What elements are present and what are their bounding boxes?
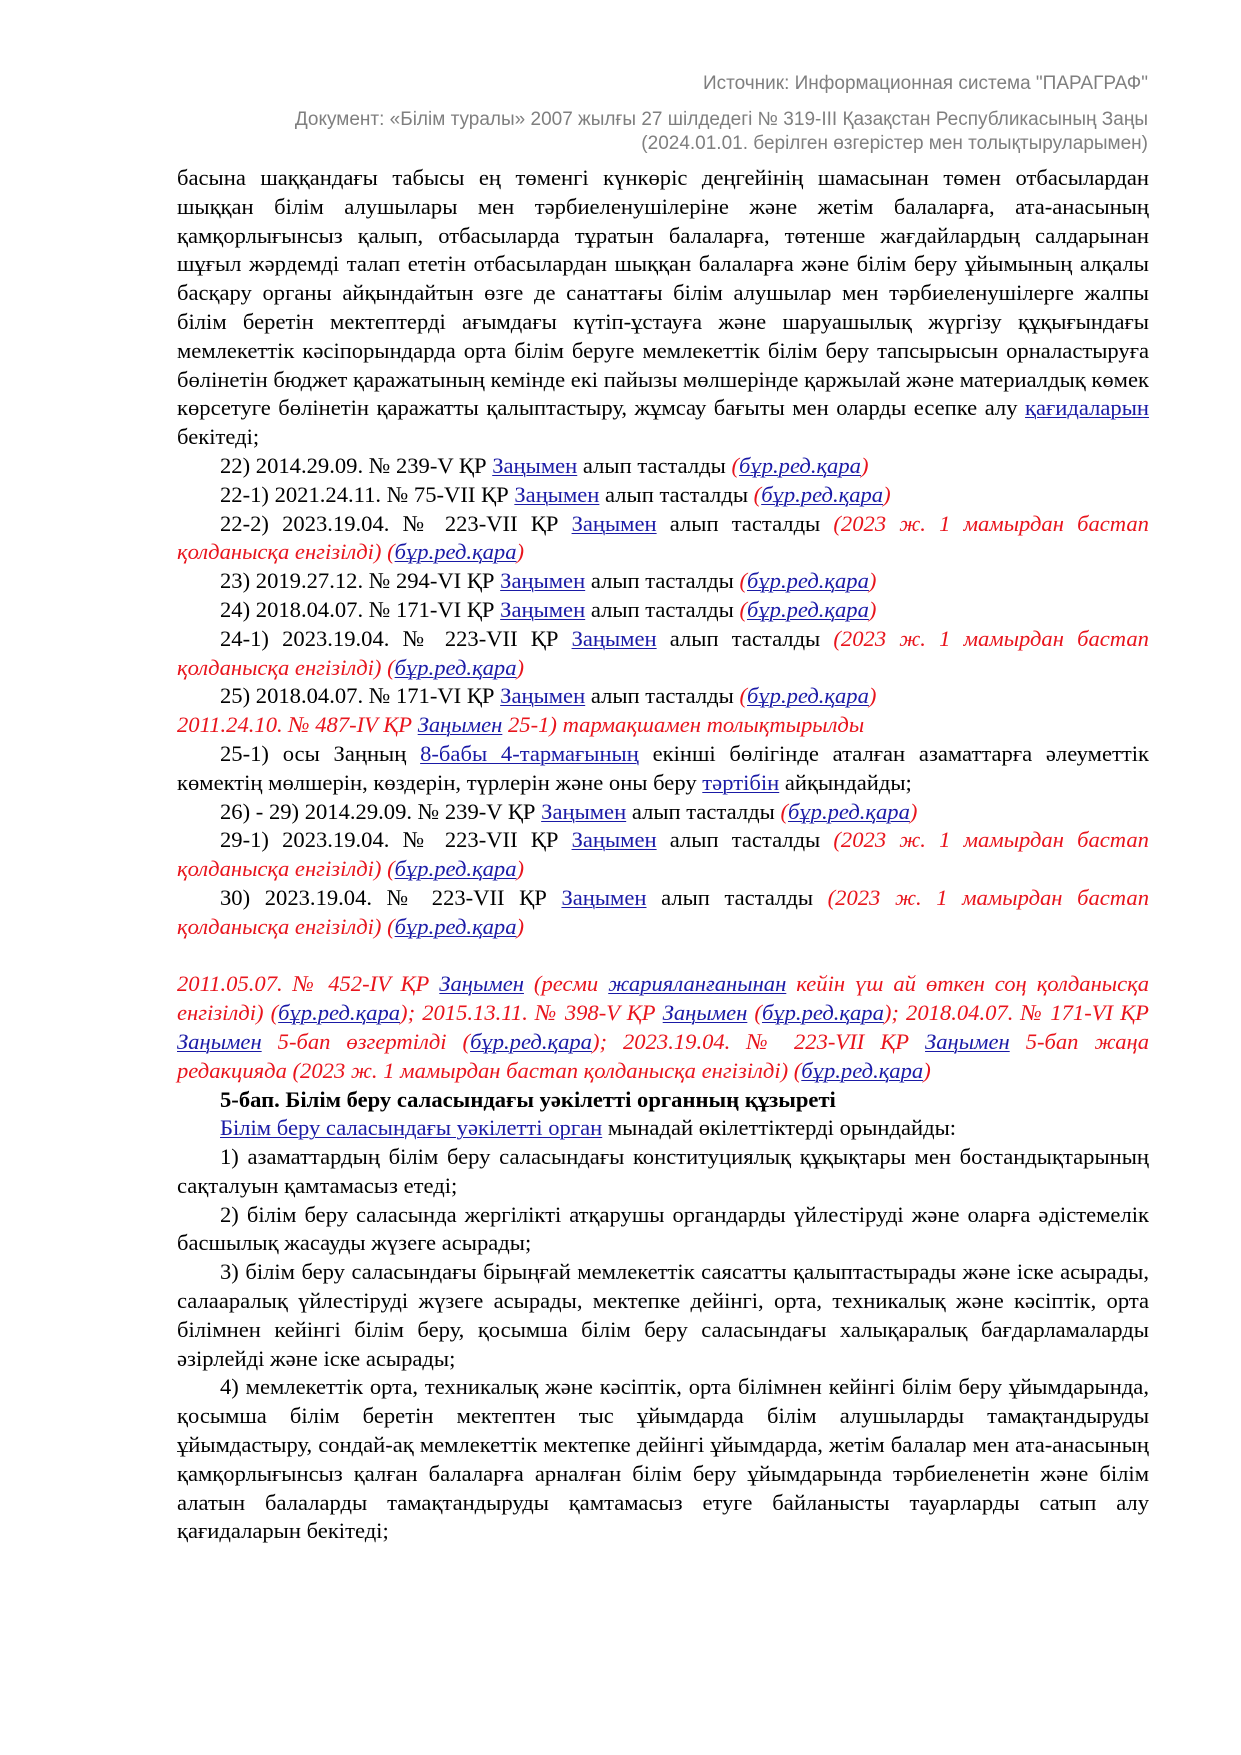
prev-edition-link[interactable]: бұр.ред.қара: [788, 799, 910, 824]
prev-edition-link[interactable]: бұр.ред.қара: [395, 914, 517, 939]
spacer: [177, 942, 1149, 971]
repealed-item: 22-1) 2021.24.11. № 75-VII ҚР Заңымен ал…: [177, 481, 1149, 510]
continuation-paragraph: басына шаққандағы табысы ең төменгі күнк…: [177, 164, 1149, 452]
rules-link[interactable]: қағидаларын: [1025, 395, 1149, 420]
law-link[interactable]: Заңымен: [514, 482, 599, 507]
prev-edition-link[interactable]: бұр.ред.қара: [278, 1000, 400, 1025]
prev-edition-note: (бұр.ред.қара): [387, 539, 524, 564]
prev-edition-note: (бұр.ред.қара): [387, 655, 524, 680]
repealed-item: 22-2) 2023.19.04. № 223-VII ҚР Заңымен а…: [177, 510, 1149, 568]
document-title-line: Документ: «Білім туралы» 2007 жылғы 27 ш…: [295, 108, 1148, 132]
law-link[interactable]: Заңымен: [572, 827, 657, 852]
prev-edition-link[interactable]: бұр.ред.қара: [761, 482, 883, 507]
law-link[interactable]: Заңымен: [500, 568, 585, 593]
repealed-item: 26) - 29) 2014.29.09. № 239-V ҚР Заңымен…: [177, 798, 1149, 827]
prev-edition-note: (бұр.ред.қара): [739, 597, 876, 622]
law-link[interactable]: Заңымен: [925, 1029, 1010, 1054]
page-header: Источник: Информационная система "ПАРАГР…: [295, 72, 1148, 156]
repealed-item: 30) 2023.19.04. № 223-VII ҚР Заңымен алы…: [177, 884, 1149, 942]
law-link[interactable]: Заңымен: [177, 1029, 262, 1054]
article5-amendment-notes: 2011.05.07. № 452-IV ҚР Заңымен (ресми ж…: [177, 970, 1149, 1085]
prev-edition-note: (бұр.ред.қара): [732, 453, 869, 478]
prev-edition-link[interactable]: бұр.ред.қара: [470, 1029, 592, 1054]
prev-edition-note: (бұр.ред.қара): [739, 568, 876, 593]
law-link[interactable]: Заңымен: [439, 971, 524, 996]
article5-title: 5-бап. Білім беру саласындағы уәкілетті …: [177, 1086, 1149, 1115]
prev-edition-link[interactable]: бұр.ред.қара: [762, 1000, 884, 1025]
repealed-item: 22) 2014.29.09. № 239-V ҚР Заңымен алып …: [177, 452, 1149, 481]
prev-edition-link[interactable]: бұр.ред.қара: [395, 856, 517, 881]
article5-intro: Білім беру саласындағы уәкілетті орган м…: [177, 1114, 1149, 1143]
procedure-link[interactable]: тәртібін: [702, 770, 779, 795]
document-page: Источник: Информационная система "ПАРАГР…: [0, 0, 1241, 1755]
repealed-item: 25) 2018.04.07. № 171-VI ҚР Заңымен алып…: [177, 682, 1149, 711]
prev-edition-note: (бұр.ред.қара): [780, 799, 917, 824]
law-link[interactable]: Заңымен: [561, 885, 646, 910]
repealed-item: 23) 2019.27.12. № 294-VI ҚР Заңымен алып…: [177, 567, 1149, 596]
source-line: Источник: Информационная система "ПАРАГР…: [295, 72, 1148, 96]
prev-edition-note: (бұр.ред.қара): [387, 856, 524, 881]
repealed-item: 24) 2018.04.07. № 171-VI ҚР Заңымен алып…: [177, 596, 1149, 625]
prev-edition-link[interactable]: бұр.ред.қара: [747, 597, 869, 622]
prev-edition-link[interactable]: бұр.ред.қара: [747, 568, 869, 593]
prev-edition-link[interactable]: бұр.ред.қара: [395, 655, 517, 680]
article5-point-4: 4) мемлекеттік орта, техникалық және кәс…: [177, 1373, 1149, 1546]
law-link[interactable]: Заңымен: [541, 799, 626, 824]
authorized-body-link[interactable]: Білім беру саласындағы уәкілетті орган: [220, 1115, 602, 1140]
article5-point-2: 2) білім беру саласында жергілікті атқар…: [177, 1201, 1149, 1259]
item-25-1: 25-1) осы Заңның 8-бабы 4-тармағының екі…: [177, 740, 1149, 798]
repealed-item: 29-1) 2023.19.04. № 223-VII ҚР Заңымен а…: [177, 826, 1149, 884]
prev-edition-link[interactable]: бұр.ред.қара: [801, 1058, 923, 1083]
law-link[interactable]: Заңымен: [492, 453, 577, 478]
prev-edition-link[interactable]: бұр.ред.қара: [739, 453, 861, 478]
law-link[interactable]: Заңымен: [663, 1000, 748, 1025]
law-link[interactable]: Заңымен: [500, 597, 585, 622]
article-8-link[interactable]: 8-бабы 4-тармағының: [420, 741, 639, 766]
prev-edition-link[interactable]: бұр.ред.қара: [747, 683, 869, 708]
prev-edition-link[interactable]: бұр.ред.қара: [395, 539, 517, 564]
prev-edition-note: (бұр.ред.қара): [739, 683, 876, 708]
document-body: басына шаққандағы табысы ең төменгі күнк…: [177, 164, 1149, 1546]
repealed-items-list: 22) 2014.29.09. № 239-V ҚР Заңымен алып …: [177, 452, 1149, 711]
published-link[interactable]: жарияланғанынан: [608, 971, 786, 996]
repealed-items-list-2: 26) - 29) 2014.29.09. № 239-V ҚР Заңымен…: [177, 798, 1149, 942]
repealed-item: 24-1) 2023.19.04. № 223-VII ҚР Заңымен а…: [177, 625, 1149, 683]
law-link[interactable]: Заңымен: [500, 683, 585, 708]
article5-point-1: 1) азаматтардың білім беру саласындағы к…: [177, 1143, 1149, 1201]
amendment-note-25-1: 2011.24.10. № 487-IV ҚР Заңымен 25-1) та…: [177, 711, 1149, 740]
prev-edition-note: (бұр.ред.қара): [387, 914, 524, 939]
law-link[interactable]: Заңымен: [572, 626, 657, 651]
article5-point-3: 3) білім беру саласындағы бірыңғай мемле…: [177, 1258, 1149, 1373]
document-revision-line: (2024.01.01. берілген өзгерістер мен тол…: [295, 132, 1148, 156]
prev-edition-note: (бұр.ред.қара): [754, 482, 891, 507]
law-link[interactable]: Заңымен: [418, 712, 503, 737]
law-link[interactable]: Заңымен: [572, 511, 657, 536]
